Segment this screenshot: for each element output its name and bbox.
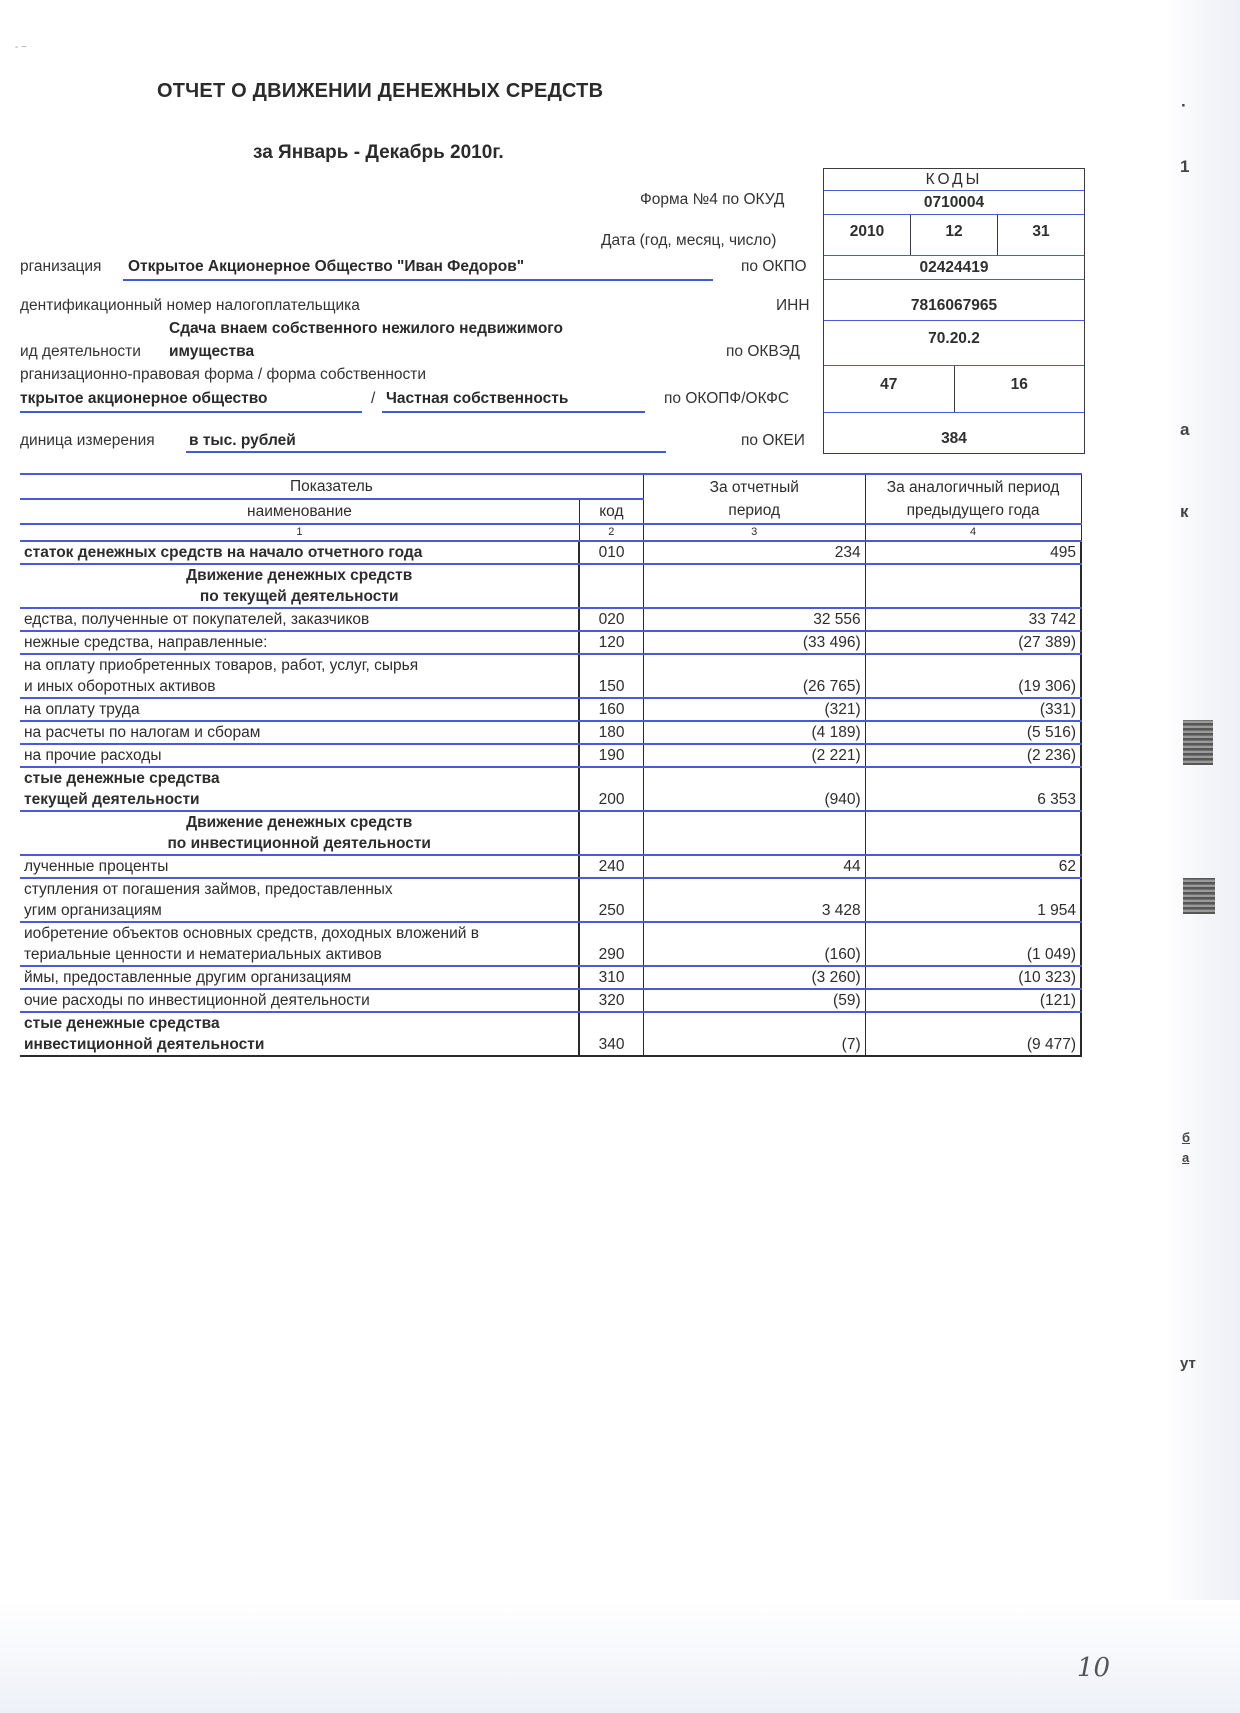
row-name: лученные проценты — [20, 855, 579, 878]
unit-value: в тыс. рублей — [189, 432, 296, 450]
row-name: иобретение объектов основных средств, до… — [20, 922, 579, 966]
table-row: на оплату приобретенных товаров, работ, … — [20, 654, 1081, 698]
date-month: 12 — [911, 215, 998, 255]
okved-code: 70.20.2 — [824, 321, 1084, 365]
row-previous-value: (2 236) — [865, 744, 1081, 767]
empty-cell — [865, 811, 1081, 855]
row-previous-value: 33 742 — [865, 608, 1081, 631]
section-header-row: Движение денежных средствпо текущей деят… — [20, 564, 1081, 608]
table-row: едства, полученные от покупателей, заказ… — [20, 608, 1081, 631]
row-previous-value: 1 954 — [865, 878, 1081, 922]
unit-underline — [186, 451, 666, 453]
section-header-row: Движение денежных средствпо инвестиционн… — [20, 811, 1081, 855]
table-row: ступления от погашения займов, предостав… — [20, 878, 1081, 922]
margin-dot: · — [1181, 96, 1187, 116]
index-col-2: 2 — [579, 524, 643, 541]
section-title: Движение денежных средствпо инвестиционн… — [20, 811, 579, 855]
row-current-value: (33 496) — [643, 631, 865, 654]
row-previous-value: (19 306) — [865, 654, 1081, 698]
header-code: код — [579, 499, 643, 524]
row-current-value: 234 — [643, 541, 865, 564]
section-title-line: по текущей деятельности — [24, 586, 574, 607]
page-number: 10 — [1077, 1653, 1110, 1683]
row-current-value: (940) — [643, 767, 865, 811]
empty-cell — [643, 811, 865, 855]
date-year: 2010 — [824, 215, 911, 255]
row-name: ступления от погашения займов, предостав… — [20, 878, 579, 922]
report-title: ОТЧЕТ О ДВИЖЕНИИ ДЕНЕЖНЫХ СРЕДСТВ — [157, 80, 603, 103]
row-code: 020 — [579, 608, 643, 631]
scan-artifact — [1183, 878, 1215, 914]
row-name: на оплату приобретенных товаров, работ, … — [20, 654, 579, 698]
scan-bottom-shadow — [0, 1600, 1240, 1713]
row-previous-value: (121) — [865, 989, 1081, 1012]
row-current-value: 3 428 — [643, 878, 865, 922]
row-name: статок денежных средств на начало отчетн… — [20, 541, 579, 564]
row-current-value: (321) — [643, 698, 865, 721]
row-current-value: (4 189) — [643, 721, 865, 744]
codes-box: КОДЫ 0710004 2010 12 31 02424419 7816067… — [823, 168, 1085, 454]
date-label: Дата (год, месяц, число) — [601, 232, 776, 250]
row-name: на оплату труда — [20, 698, 579, 721]
table-row: очие расходы по инвестиционной деятельно… — [20, 989, 1081, 1012]
row-previous-value: (5 516) — [865, 721, 1081, 744]
codes-heading: КОДЫ — [824, 169, 1084, 190]
section-title-line: Движение денежных средств — [24, 565, 574, 586]
row-code: 200 — [579, 767, 643, 811]
row-code: 190 — [579, 744, 643, 767]
margin-mark-1: 1 — [1180, 157, 1189, 177]
row-name: на расчеты по налогам и сборам — [20, 721, 579, 744]
header-previous-line1: За аналогичный период — [870, 476, 1077, 499]
header-previous: За аналогичный период предыдущего года — [865, 474, 1081, 524]
okud-label: Форма №4 по ОКУД — [640, 191, 784, 209]
header-current-line1: За отчетный — [648, 476, 861, 499]
row-name: стые денежные средстваинвестиционной дея… — [20, 1012, 579, 1056]
row-previous-value: 495 — [865, 541, 1081, 564]
row-previous-value: (27 389) — [865, 631, 1081, 654]
org-underline — [123, 279, 713, 281]
table-row: стые денежные средстваинвестиционной дея… — [20, 1012, 1081, 1056]
cash-flow-table: Показатель За отчетный период За аналоги… — [20, 473, 1082, 1057]
taxid-label: дентификационный номер налогоплательщика — [20, 297, 360, 315]
row-name: на прочие расходы — [20, 744, 579, 767]
margin-mark-6: ут — [1180, 1355, 1196, 1372]
row-code: 340 — [579, 1012, 643, 1056]
table-row: на расчеты по налогам и сборам180(4 189)… — [20, 721, 1081, 744]
okpo-label: по ОКПО — [741, 258, 807, 276]
header-current-line2: период — [648, 499, 861, 522]
activity-label: ид деятельности — [20, 343, 141, 361]
row-previous-value: (10 323) — [865, 966, 1081, 989]
row-code: 250 — [579, 878, 643, 922]
row-code: 180 — [579, 721, 643, 744]
row-current-value: (26 765) — [643, 654, 865, 698]
table-row: стые денежные средстватекущей деятельнос… — [20, 767, 1081, 811]
header-previous-line2: предыдущего года — [870, 499, 1077, 522]
row-name: едства, полученные от покупателей, заказ… — [20, 608, 579, 631]
margin-mark-3: к — [1180, 502, 1189, 522]
date-day: 31 — [998, 215, 1084, 255]
empty-cell — [865, 564, 1081, 608]
legal-separator: / — [371, 390, 375, 408]
table-row: статок денежных средств на начало отчетн… — [20, 541, 1081, 564]
report-period: за Январь - Декабрь 2010г. — [253, 142, 504, 164]
table-row: иобретение объектов основных средств, до… — [20, 922, 1081, 966]
section-title-line: по инвестиционной деятельности — [24, 833, 574, 854]
legal-form: ткрытое акционерное общество — [20, 390, 268, 408]
table-row: лученные проценты2404462 — [20, 855, 1081, 878]
row-name: очие расходы по инвестиционной деятельно… — [20, 989, 579, 1012]
row-current-value: (160) — [643, 922, 865, 966]
inn-label: ИНН — [776, 297, 810, 315]
legal-form-underline — [20, 411, 362, 413]
okei-code: 384 — [824, 413, 1084, 453]
row-code: 150 — [579, 654, 643, 698]
row-code: 290 — [579, 922, 643, 966]
okved-label: по ОКВЭД — [726, 343, 800, 361]
empty-cell — [643, 564, 865, 608]
header-current: За отчетный период — [643, 474, 865, 524]
margin-mark-5: а — [1182, 1150, 1189, 1165]
table-row: ймы, предоставленные другим организациям… — [20, 966, 1081, 989]
section-title: Движение денежных средствпо текущей деят… — [20, 564, 579, 608]
unit-label: диница измерения — [20, 432, 155, 450]
table-row: нежные средства, направленные:120(33 496… — [20, 631, 1081, 654]
header-name: наименование — [20, 499, 579, 524]
section-title-line: Движение денежных средств — [24, 812, 574, 833]
org-name: Открытое Акционерное Общество "Иван Федо… — [128, 258, 524, 276]
empty-cell — [579, 811, 643, 855]
row-current-value: 44 — [643, 855, 865, 878]
index-col-1: 1 — [20, 524, 579, 541]
okpo-code: 02424419 — [824, 256, 1084, 279]
row-name: нежные средства, направленные: — [20, 631, 579, 654]
row-name: стые денежные средстватекущей деятельнос… — [20, 767, 579, 811]
okfs-code: 16 — [955, 366, 1085, 412]
row-code: 160 — [579, 698, 643, 721]
ownership-underline — [382, 411, 645, 413]
row-previous-value: (1 049) — [865, 922, 1081, 966]
activity-line1: Сдача внаем собственного нежилого недвиж… — [169, 320, 563, 338]
table-row: на оплату труда160(321)(331) — [20, 698, 1081, 721]
scan-artifact — [1183, 720, 1213, 765]
row-code: 320 — [579, 989, 643, 1012]
row-code: 010 — [579, 541, 643, 564]
header-indicator: Показатель — [20, 474, 643, 499]
okei-label: по ОКЕИ — [741, 432, 805, 450]
okud-code: 0710004 — [824, 191, 1084, 214]
scan-speck: - ~ — [15, 42, 27, 53]
table-row: на прочие расходы190(2 221)(2 236) — [20, 744, 1081, 767]
margin-mark-2: а — [1180, 420, 1189, 440]
row-name: ймы, предоставленные другим организациям — [20, 966, 579, 989]
inn-code: 7816067965 — [824, 280, 1084, 320]
legal-form-label: рганизационно-правовая форма / форма соб… — [20, 366, 426, 384]
row-code: 310 — [579, 966, 643, 989]
row-code: 240 — [579, 855, 643, 878]
row-previous-value: (9 477) — [865, 1012, 1081, 1056]
activity-line2: имущества — [169, 343, 254, 361]
margin-mark-4: б — [1182, 1130, 1190, 1145]
row-code: 120 — [579, 631, 643, 654]
row-previous-value: 6 353 — [865, 767, 1081, 811]
ownership: Частная собственность — [386, 390, 568, 408]
empty-cell — [579, 564, 643, 608]
row-current-value: (7) — [643, 1012, 865, 1056]
row-previous-value: 62 — [865, 855, 1081, 878]
row-previous-value: (331) — [865, 698, 1081, 721]
okopf-code: 47 — [824, 366, 955, 412]
index-col-4: 4 — [865, 524, 1081, 541]
row-current-value: (59) — [643, 989, 865, 1012]
index-col-3: 3 — [643, 524, 865, 541]
row-current-value: (3 260) — [643, 966, 865, 989]
scan-edge-shadow — [1165, 0, 1240, 1713]
row-current-value: (2 221) — [643, 744, 865, 767]
row-current-value: 32 556 — [643, 608, 865, 631]
okopf-label: по ОКОПФ/ОКФС — [664, 390, 789, 408]
org-label: рганизация — [20, 258, 101, 276]
